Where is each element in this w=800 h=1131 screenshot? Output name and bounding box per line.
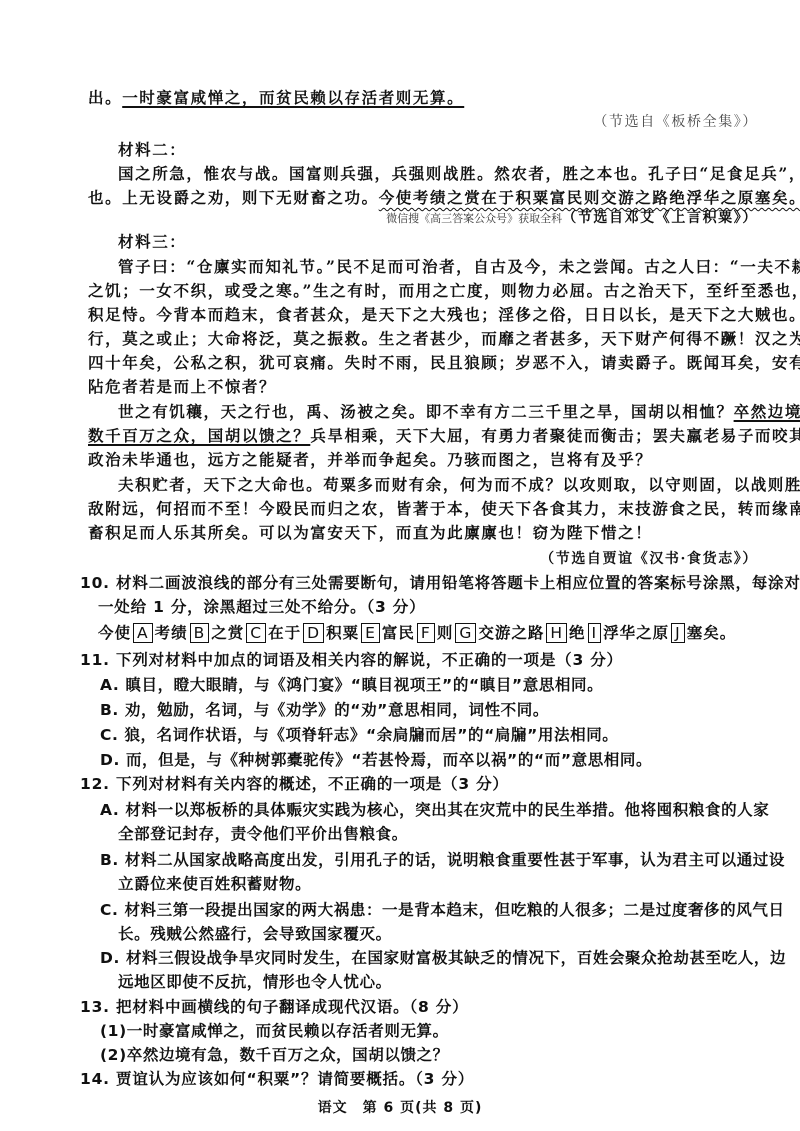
material1-source: （节选自《板桥全集》） xyxy=(593,112,758,132)
material3-underlined-sentence: 卒然边境有急， xyxy=(734,402,800,421)
segment-text: 积粟 xyxy=(326,623,359,642)
question-13-stem: 13. 把材料中画横线的句子翻译成现代汉语。（8 分） xyxy=(80,997,752,1017)
material3-line: 之饥；一女不织，或受之寒。”生之有时，而用之亡度，则物力必屈。古之治天下，至纤至… xyxy=(88,281,760,301)
segment-text: 交游之路 xyxy=(478,623,544,642)
answer-box-g[interactable]: G xyxy=(455,623,476,643)
material2-line: 国之所急，惟农与战。国富则兵强，兵强则战胜。然农者，胜之本也。孔子曰“足食足兵”… xyxy=(118,164,790,184)
segment-text: 则 xyxy=(437,623,454,642)
segment-text: 浮华之原 xyxy=(603,623,669,642)
question-14-stem: 14. 贾谊认为应该如何“积粟”？请简要概括。（3 分） xyxy=(80,1069,752,1089)
answer-box-j[interactable]: J xyxy=(671,623,685,643)
answer-box-f[interactable]: F xyxy=(417,623,435,643)
material3-line: 行，莫之或止；大命将泛，莫之振救。生之者甚少，而靡之者甚多，天下财产何得不蹶！汉… xyxy=(88,329,760,349)
question-13-item-2: (2)卒然边境有急，数千百万之众，国胡以馈之？ xyxy=(100,1045,772,1065)
material3-line: 管子曰：“仓廪实而知礼节。”民不足而可治者，自古及今，未之尝闻。古之人曰：“一夫… xyxy=(118,257,790,277)
material2-heading: 材料二： xyxy=(118,140,790,160)
question-12-option-b-cont: 立爵位来使百姓积蓄财物。 xyxy=(118,874,790,894)
answer-box-d[interactable]: D xyxy=(303,623,324,643)
material1-last-line: 出。一时豪富咸惮之，而贫民赖以存活者则无算。 xyxy=(88,88,760,108)
material3-plain: 世之有饥穰，天之行也，禹、汤被之矣。即不幸有方二三千里之旱，国胡以相恤？ xyxy=(118,402,734,421)
material3-plain: 兵旱相乘，天下大屈，有勇力者聚徒而衡击；罢夫羸老易子而咬其骨。 xyxy=(310,426,800,445)
question-11-option-b: B. 劝，勉励，名词，与《劝学》的“劝”意思相同，词性不同。 xyxy=(100,700,772,720)
segment-text: 绝 xyxy=(569,623,586,642)
question-11-stem: 11. 下列对材料中加点的词语及相关内容的解说，不正确的一项是（3 分） xyxy=(80,650,752,670)
page-footer: 语文 第 6 页(共 8 页) xyxy=(0,1097,800,1117)
material3-line: 夫积贮者，天下之大命也。苟粟多而财有余，何为而不成？以攻则取，以守则固，以战则胜… xyxy=(118,475,790,495)
question-13-item-1: (1)一时豪富咸惮之，而贫民赖以存活者则无算。 xyxy=(100,1021,772,1041)
material1-prefix: 出。 xyxy=(88,88,122,107)
segment-text: 考绩 xyxy=(155,623,188,642)
question-12-option-d-cont: 远地区即使不反抗，情形也令人忧心。 xyxy=(118,972,790,992)
material2-wavy-sentence: 今使考绩之赏在于积粟富民则交游之路绝浮华之原塞矣。 xyxy=(379,188,800,207)
question-10-segments: 今使A考绩B之赏C在于D积粟E富民F则G交游之路H绝I浮华之原J塞矣。 xyxy=(98,623,770,643)
exam-page: 出。一时豪富咸惮之，而贫民赖以存活者则无算。 （节选自《板桥全集》） 材料二： … xyxy=(0,0,800,1131)
material3-line: 积足恃。今背本而趋末，食者甚众，是天下之大残也；淫侈之俗，日日以长，是天下之大贼… xyxy=(88,305,760,325)
segment-text: 富民 xyxy=(382,623,415,642)
material3-line: 敌附远，何招而不至！今殴民而归之农，皆著于本，使天下各食其力，末技游食之民，转而… xyxy=(88,499,760,519)
material3-line: 阽危者若是而上不惊者？ xyxy=(88,377,760,397)
answer-box-i[interactable]: I xyxy=(588,623,602,643)
material3-line: 四十年矣，公私之积，犹可哀痛。失时不雨，民且狼顾；岁恶不入，请卖爵子。既闻耳矣，… xyxy=(88,353,760,373)
material2-plain: 也。上无设爵之劝，则下无财畜之功。 xyxy=(88,188,379,207)
question-11-option-a: A. 瞋目，瞪大眼睛，与《鸿门宴》“瞋目视项王”的“瞋目”意思相同。 xyxy=(100,675,772,695)
question-10-stem-cont: 一处给 1 分，涂黑超过三处不给分。（3 分） xyxy=(98,597,770,617)
question-12-option-d: D. 材料三假设战争旱灾同时发生，在国家财富极其缺乏的情况下，百姓会聚众抢劫甚至… xyxy=(100,948,772,968)
answer-box-e[interactable]: E xyxy=(361,623,380,643)
question-11-option-d: D. 而，但是，与《种树郭橐驼传》“若甚怜焉，而卒以祸”的“而”意思相同。 xyxy=(100,750,772,770)
watermark-text: 微信搜《高三答案公众号》获取全科 xyxy=(386,212,562,225)
answer-box-a[interactable]: A xyxy=(133,623,153,643)
answer-box-h[interactable]: H xyxy=(546,623,567,643)
question-12-option-a-cont: 全部登记封存，责令他们平价出售粮食。 xyxy=(118,824,790,844)
material3-line: 世之有饥穰，天之行也，禹、汤被之矣。即不幸有方二三千里之旱，国胡以相恤？卒然边境… xyxy=(118,402,790,422)
material3-line: 政治未毕通也，远方之能疑者，并举而争起矣。乃骇而图之，岂将有及乎？ xyxy=(88,450,760,470)
segment-text: 之赏 xyxy=(211,623,244,642)
answer-box-b[interactable]: B xyxy=(190,623,210,643)
question-11-option-c: C. 狼，名词作状语，与《项脊轩志》“余扃牖而居”的“扃牖”用法相同。 xyxy=(100,725,772,745)
material3-underlined-sentence: 数千百万之众，国胡以馈之？ xyxy=(88,426,310,445)
question-12-option-b: B. 材料二从国家战略高度出发，引用孔子的话，说明粮食重要性甚于军事，认为君主可… xyxy=(100,850,772,870)
question-12-stem: 12. 下列对材料有关内容的概述，不正确的一项是（3 分） xyxy=(80,774,752,794)
material3-line: 畜积足而人乐其所矣。可以为富安天下，而直为此廪廪也！窃为陛下惜之！ xyxy=(88,523,760,543)
material2-source: （节选自邓艾《上言积粟》） xyxy=(562,210,758,226)
segment-text: 今使 xyxy=(98,623,131,642)
segment-text: 塞矣。 xyxy=(687,623,737,642)
material1-underlined-sentence: 一时豪富咸惮之，而贫民赖以存活者则无算。 xyxy=(122,88,464,107)
question-10-stem: 10. 材料二画波浪线的部分有三处需要断句，请用铅笔将答题卡上相应位置的答案标号… xyxy=(80,573,752,593)
answer-box-c[interactable]: C xyxy=(246,623,266,643)
material3-heading: 材料三： xyxy=(118,232,790,252)
material3-source: （节选自贾谊《汉书·食货志》） xyxy=(540,549,758,569)
question-12-option-a: A. 材料一以郑板桥的具体赈灾实践为核心，突出其在灾荒中的民生举措。他将囤积粮食… xyxy=(100,800,772,820)
material3-line: 数千百万之众，国胡以馈之？兵旱相乘，天下大屈，有勇力者聚徒而衡击；罢夫羸老易子而… xyxy=(88,426,760,446)
question-12-option-c-cont: 长。残贼公然盛行，会导致国家覆灭。 xyxy=(118,924,790,944)
question-12-option-c: C. 材料三第一段提出国家的两大祸患：一是背本趋末，但吃粮的人很多；二是过度奢侈… xyxy=(100,900,772,920)
segment-text: 在于 xyxy=(268,623,301,642)
material2-line: 也。上无设爵之劝，则下无财畜之功。今使考绩之赏在于积粟富民则交游之路绝浮华之原塞… xyxy=(88,188,760,208)
material2-source-row: 微信搜《高三答案公众号》获取全科（节选自邓艾《上言积粟》） xyxy=(386,208,758,229)
